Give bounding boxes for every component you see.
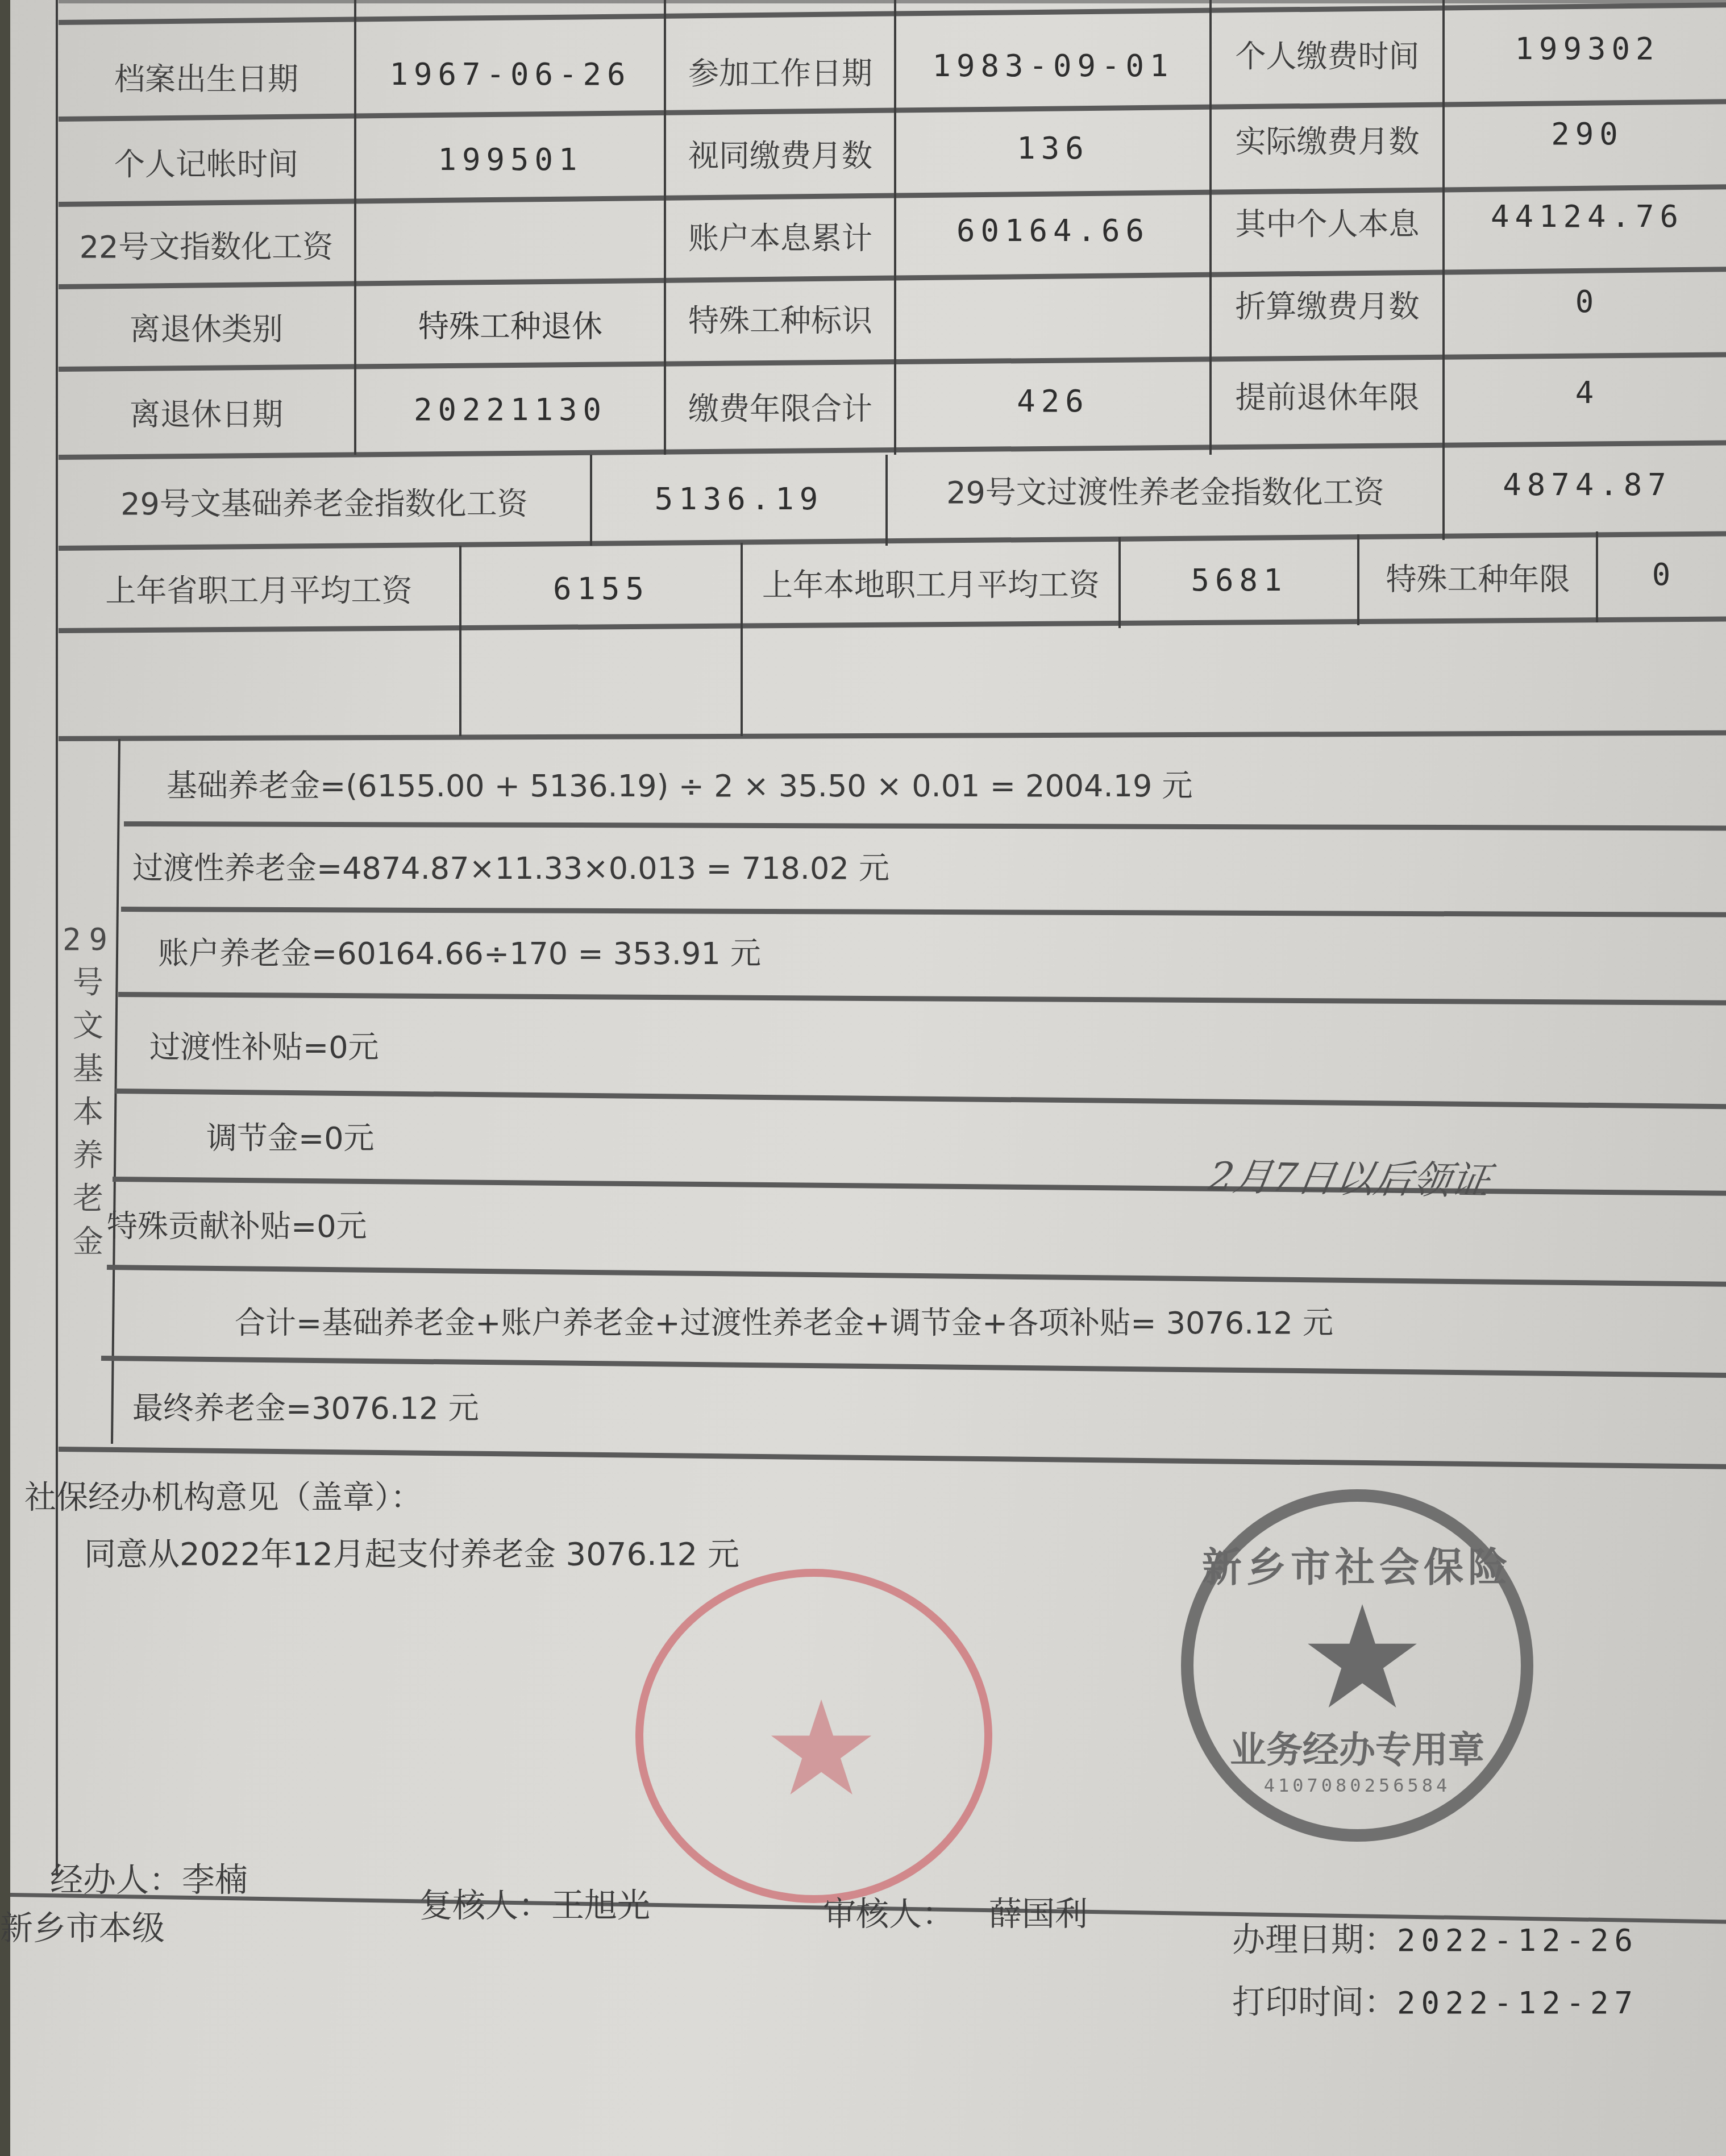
auditor-label: 审核人： <box>823 1895 955 1933</box>
label-personal-balance: 其中个人本息 <box>1212 179 1442 264</box>
reviewer-field: 复核人：王旭光 <box>419 1879 650 1926</box>
label-doc29-transitional-index-wage: 29号文过渡性养老金指数化工资 <box>888 446 1442 534</box>
formula-transitional-pension: 过渡性养老金=4874.87×11.33×0.013 = 718.02 元 <box>132 844 889 888</box>
auditor-name: 薛国利 <box>989 1895 1088 1933</box>
table-border <box>1357 534 1359 625</box>
opinion-heading: 社保经办机构意见（盖章）： <box>24 1472 422 1518</box>
value-retirement-date: 20221130 <box>357 367 664 452</box>
table-border <box>1209 0 1212 455</box>
value-total-years: 426 <box>897 358 1209 443</box>
row-divider <box>121 907 1726 917</box>
formula-total: 合计=基础养老金+账户养老金+过渡性养老金+调节金+各项补贴= 3076.12 … <box>235 1299 1333 1343</box>
value-special-job-flag <box>897 270 1209 355</box>
row-divider <box>115 1089 1726 1110</box>
table-border <box>1442 443 1445 540</box>
formula-adjustment: 调节金=0元 <box>206 1114 375 1158</box>
label-province-avg-wage: 上年省职工月平均工资 <box>59 546 459 631</box>
auditor-field: 审核人：薛国利 <box>823 1887 1088 1935</box>
label-retirement-type: 离退休类别 <box>59 284 354 369</box>
process-date-field: 办理日期：2022-12-26 <box>1232 1913 1638 1960</box>
table-border <box>459 546 461 736</box>
value-special-job-years: 0 <box>1599 531 1726 617</box>
label-birth-date: 档案出生日期 <box>59 34 354 119</box>
label-deemed-months: 视同缴费月数 <box>667 111 894 196</box>
print-time-label: 打印时间： <box>1232 1983 1397 2021</box>
pension-section-side-label: 29 号 文 基 本 养 老 金 <box>63 918 114 1264</box>
label-account-balance: 账户本息累计 <box>667 193 894 279</box>
value-early-retirement-years: 4 <box>1445 350 1726 435</box>
label-special-job-flag: 特殊工种标识 <box>667 276 894 361</box>
table-border <box>894 0 896 455</box>
gray-stamp-serial: 4107080256584 <box>1193 1775 1521 1796</box>
value-retirement-type: 特殊工种退休 <box>357 281 664 367</box>
print-time-field: 打印时间：2022-12-27 <box>1232 1975 1638 2023</box>
reviewer-name: 王旭光 <box>551 1886 650 1925</box>
value-work-start-date: 1983-09-01 <box>897 23 1209 108</box>
process-date-value: 2022-12-26 <box>1397 1922 1638 1958</box>
table-border <box>59 730 1726 741</box>
table-border <box>1118 537 1121 628</box>
value-account-start: 199501 <box>357 117 664 202</box>
process-date-label: 办理日期： <box>1232 1920 1397 1959</box>
red-official-stamp: ★ <box>635 1569 992 1903</box>
row-divider <box>118 992 1726 1006</box>
value-personal-balance: 44124.76 <box>1445 173 1726 259</box>
handler-name: 李楠 <box>182 1860 248 1899</box>
label-personal-payment-start: 个人缴费时间 <box>1212 11 1442 97</box>
table-border <box>1442 0 1445 455</box>
value-personal-payment-start: 199302 <box>1445 6 1726 91</box>
table-border <box>354 0 356 455</box>
row-divider <box>101 1356 1726 1378</box>
formula-account-pension: 账户养老金=60164.66÷170 = 353.91 元 <box>158 929 761 973</box>
formula-final-pension: 最终养老金=3076.12 元 <box>132 1384 479 1428</box>
row-divider <box>124 821 1726 831</box>
value-birth-date: 1967-06-26 <box>357 31 664 117</box>
label-retirement-date: 离退休日期 <box>59 369 354 455</box>
value-doc29-basic-index-wage: 5136.19 <box>593 455 885 543</box>
table-left-border <box>56 0 58 1876</box>
label-converted-months: 折算缴费月数 <box>1212 261 1442 347</box>
row-divider <box>107 1265 1726 1287</box>
value-deemed-months: 136 <box>897 105 1209 190</box>
star-icon: ★ <box>1299 1587 1426 1729</box>
formula-special-contribution-subsidy: 特殊贡献补贴=0元 <box>107 1202 367 1246</box>
label-doc22-index-wage: 22号文指数化工资 <box>59 202 354 287</box>
table-border <box>1596 531 1598 622</box>
label-work-start-date: 参加工作日期 <box>667 28 894 114</box>
gray-official-stamp: 新乡市社会保险 ★ 业务经办专用章 4107080256584 <box>1181 1489 1533 1842</box>
value-doc22-index-wage <box>357 199 664 284</box>
region-label: 新乡市本级 <box>0 1901 165 1949</box>
document-page: 档案出生日期 1967-06-26 参加工作日期 1983-09-01 个人缴费… <box>10 0 1726 2156</box>
handwritten-note: 2月7日以后领证 <box>1205 1146 1495 1206</box>
table-border <box>741 543 743 736</box>
value-account-balance: 60164.66 <box>897 188 1209 273</box>
label-special-job-years: 特殊工种年限 <box>1360 534 1596 620</box>
formula-transitional-subsidy: 过渡性补贴=0元 <box>149 1023 379 1067</box>
opinion-text: 同意从2022年12月起支付养老金 3076.12 元 <box>84 1529 739 1575</box>
table-border <box>885 455 888 546</box>
formula-basic-pension: 基础养老金=(6155.00 + 5136.19) ÷ 2 × 35.50 × … <box>167 762 1193 805</box>
label-actual-months: 实际缴费月数 <box>1212 97 1442 182</box>
reviewer-label: 复核人： <box>419 1886 551 1925</box>
label-account-start: 个人记帐时间 <box>59 119 354 205</box>
table-border <box>59 0 1726 3</box>
handler-field: 经办人：李楠 <box>50 1853 248 1901</box>
label-doc29-basic-index-wage: 29号文基础养老金指数化工资 <box>59 458 590 546</box>
value-doc29-transitional-index-wage: 4874.87 <box>1445 441 1726 529</box>
table-border <box>590 455 592 546</box>
table-border <box>664 0 666 455</box>
star-icon: ★ <box>763 1673 880 1825</box>
value-converted-months: 0 <box>1445 259 1726 344</box>
print-time-value: 2022-12-27 <box>1397 1985 1638 2021</box>
row-divider <box>59 1447 1726 1469</box>
value-actual-months: 290 <box>1445 91 1726 176</box>
value-province-avg-wage: 6155 <box>462 546 741 631</box>
handler-label: 经办人： <box>50 1860 182 1899</box>
label-early-retirement-years: 提前退休年限 <box>1212 352 1442 438</box>
label-local-avg-wage: 上年本地职工月平均工资 <box>743 540 1118 625</box>
value-local-avg-wage: 5681 <box>1121 537 1357 622</box>
label-total-years: 缴费年限合计 <box>667 364 894 449</box>
gray-stamp-bottom-text: 业务经办专用章 <box>1193 1721 1521 1773</box>
